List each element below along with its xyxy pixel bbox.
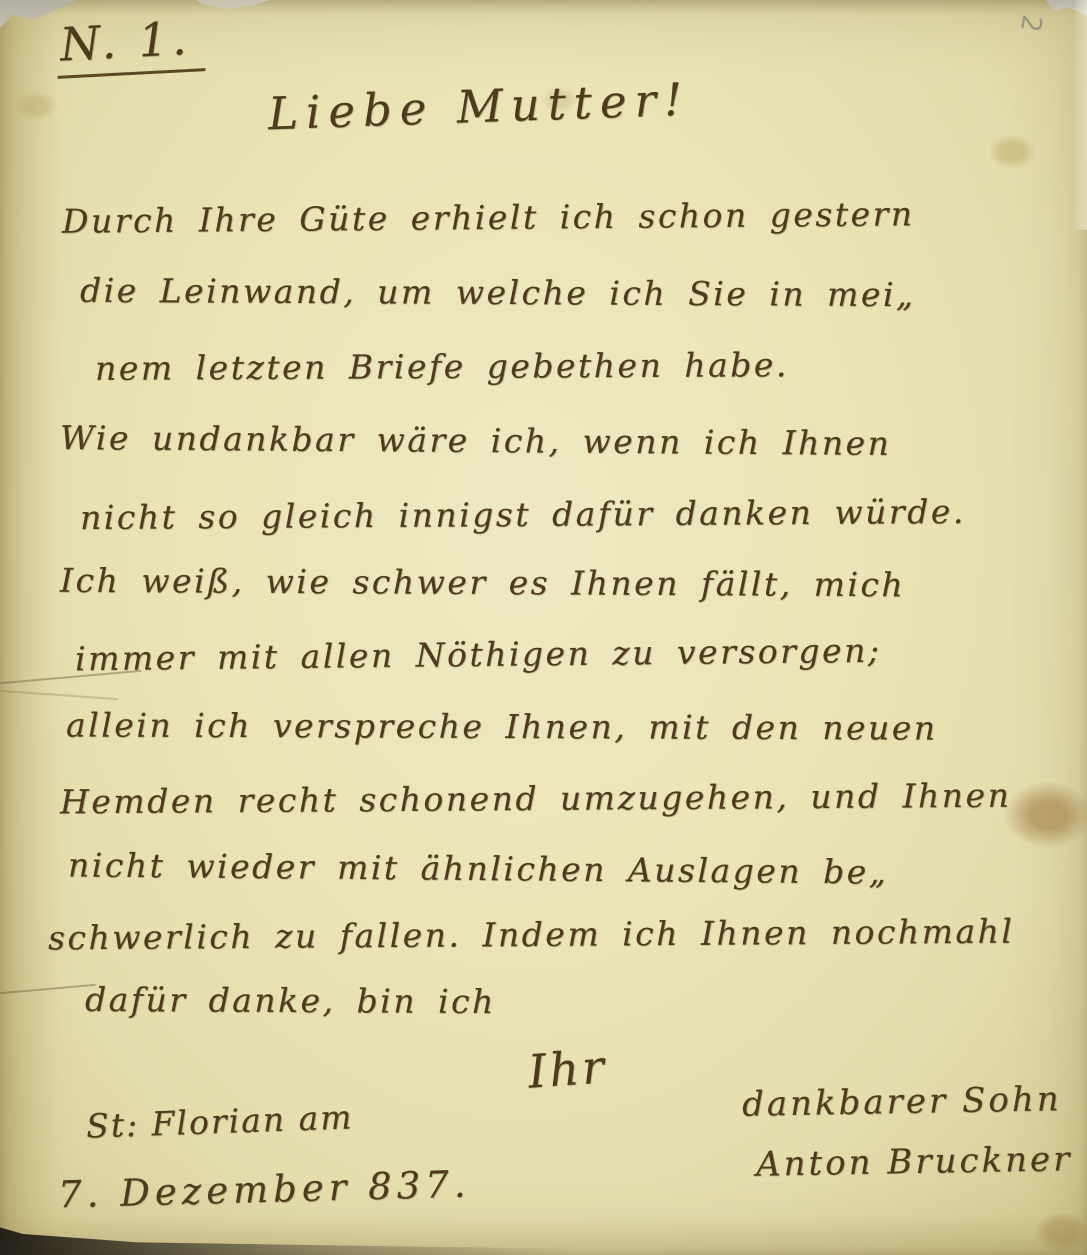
letter-line: nicht wieder mit ähnlichen Auslagen be„ [68, 845, 889, 891]
letter-line: Durch Ihre Güte erhielt ich schon gester… [62, 194, 915, 240]
letter-line: dafür danke, bin ich [85, 980, 496, 1021]
letter-line: Ich weiß, wie schwer es Ihnen fällt, mic… [60, 561, 905, 604]
letter-scan: N. 1. 2 Liebe Mutter! Durch Ihre Güte er… [0, 0, 1087, 1255]
letter-line: allein ich verspreche Ihnen, mit den neu… [66, 705, 938, 747]
letter-line: nem letzten Briefe gebethen habe. [95, 345, 789, 388]
letter-line: Hemden recht schonend umzugehen, und Ihn… [60, 776, 1012, 822]
signature: Anton Bruckner [756, 1139, 1073, 1185]
letter-line: Wie undankbar wäre ich, wenn ich Ihnen [60, 418, 892, 463]
letter-line: die Leinwand, um welche ich Sie in mei„ [80, 271, 916, 314]
closing-role: dankbarer Sohn [742, 1079, 1062, 1125]
letter-line: nicht so gleich innigst dafür danken wür… [80, 492, 966, 537]
letter-numbering: N. 1. [55, 10, 206, 79]
letter-line: schwerlich zu fallen. Indem ich Ihnen no… [48, 912, 1015, 958]
closing-pre: Ihr [526, 1039, 608, 1098]
paper-edge-highlight [1073, 0, 1087, 230]
